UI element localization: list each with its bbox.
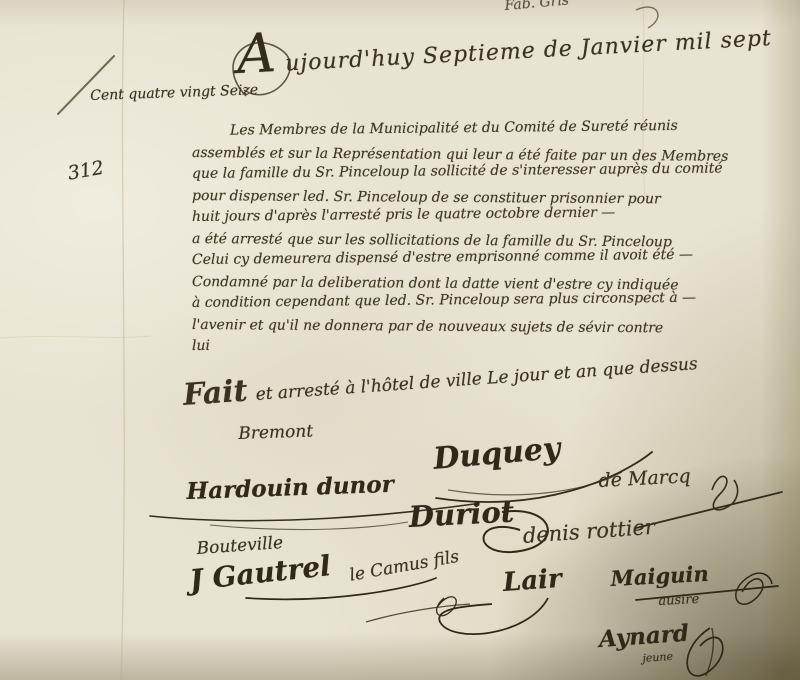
manuscript-scan: Fab. Gris 312 Aujourd'huy Septieme de Ja… [0,0,800,680]
signature-lair: Lair [502,564,563,598]
signature-duriot: Duriot [408,494,515,533]
body-paragraph: Les Membres de la Municipalité et du Com… [192,121,784,358]
signature-maiguin-sub: ausire [658,592,700,609]
closing-name: Bremont [238,421,313,444]
closing-first-word: Fait [182,374,249,413]
signature-aynard-sub: jeune [642,650,673,665]
signature-maiguin: Maiguin [610,561,709,591]
